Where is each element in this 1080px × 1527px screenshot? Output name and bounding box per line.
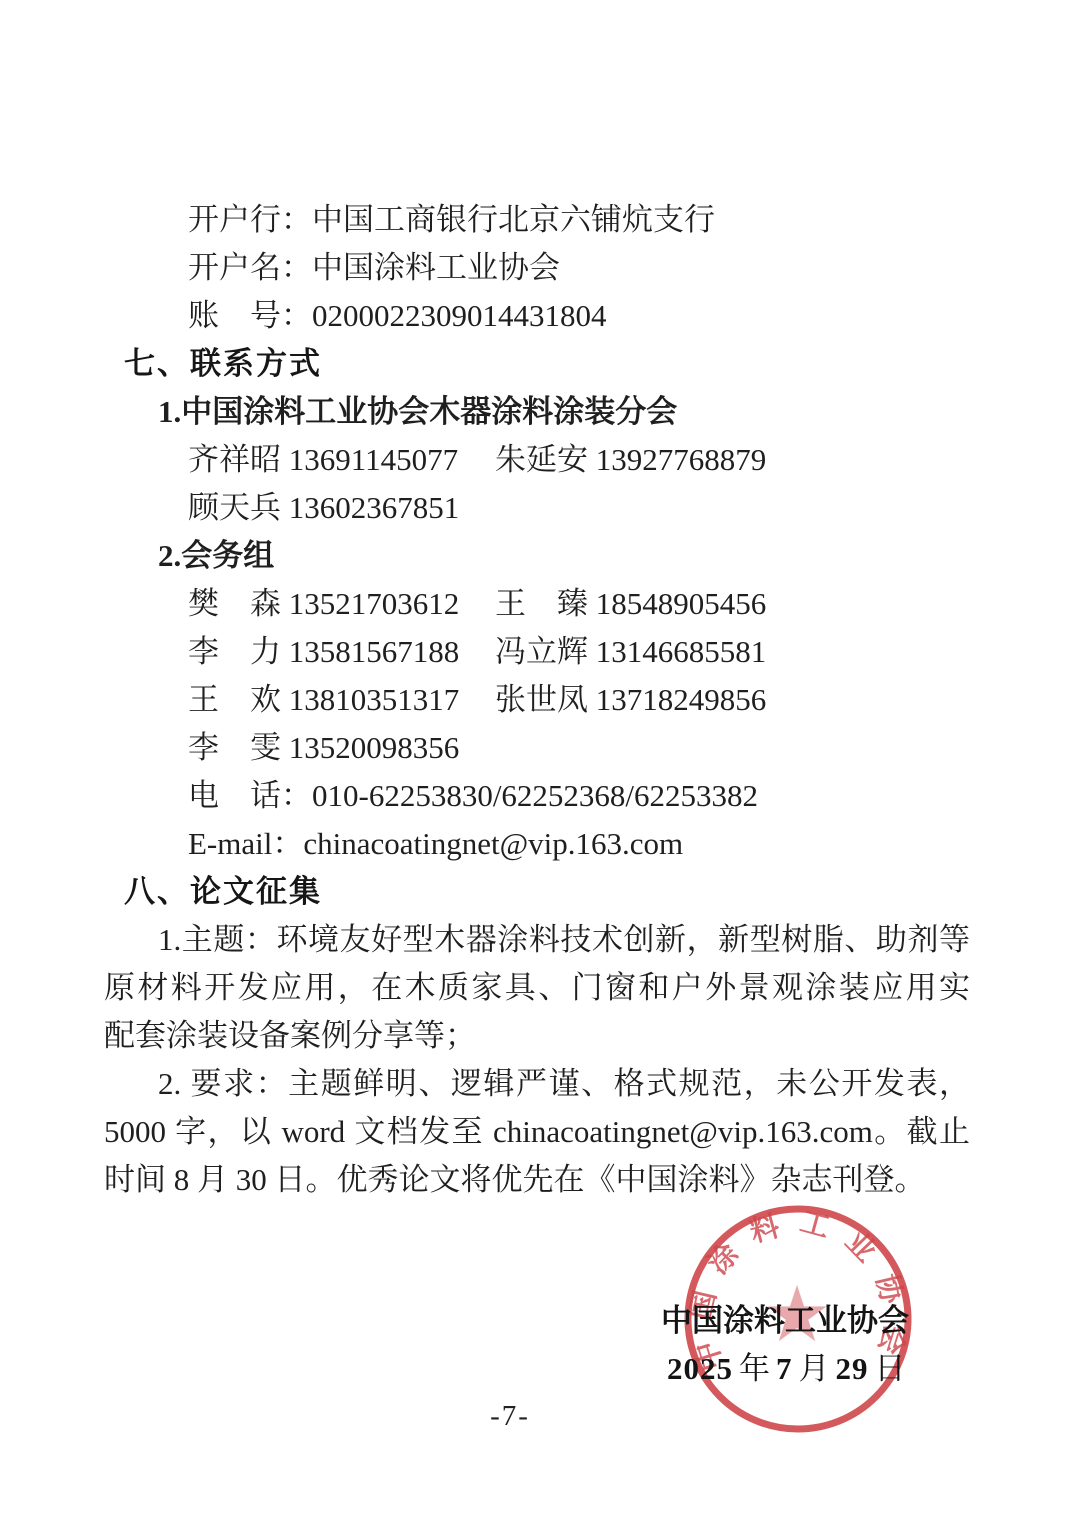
para1-line2: 原材料开发应用，在木质家具、门窗和户外景观涂装应用实践， — [104, 964, 970, 1012]
document-page: 开户行：中国工商银行北京六铺炕支行 开户名：中国涂料工业协会 账 号：02000… — [0, 0, 1080, 1527]
bank-line: 开户行：中国工商银行北京六铺炕支行 — [188, 196, 1080, 244]
contact-left: 顾天兵 13602367851 — [188, 484, 495, 532]
signature-date-day-unit: 日 — [869, 1351, 912, 1386]
account-number-value: 0200022309014431804 — [312, 298, 607, 333]
contact-right: 张世凤 13718249856 — [495, 676, 766, 724]
contact-right: 王 臻 18548905456 — [495, 580, 766, 628]
signature-date-year-unit: 年 — [733, 1351, 776, 1386]
bank-label: 开户行： — [188, 202, 312, 237]
phone-label: 电 话： — [188, 778, 312, 813]
para1-line3: 配套涂装设备案例分享等； — [104, 1012, 1080, 1060]
contact-row: 王 欢 13810351317张世凤 13718249856 — [188, 676, 1080, 724]
phone-value: 010-62253830/62252368/62253382 — [312, 778, 758, 813]
para1-line1: 1.主题：环境友好型木器涂料技术创新，新型树脂、助剂等 — [158, 916, 970, 964]
contact-row: 李 雯 13520098356 — [188, 724, 1080, 772]
signature-date: 2025年7月29日 — [667, 1343, 912, 1388]
page-number: -7- — [455, 1400, 565, 1433]
account-number-label: 账 号： — [188, 298, 312, 333]
signature-organization: 中国涂料工业协会 — [661, 1295, 909, 1340]
contact-left: 樊 森 13521703612 — [188, 580, 495, 628]
contact-row: 顾天兵 13602367851 — [188, 484, 1080, 532]
email-label: E-mail： — [188, 826, 303, 861]
email-line: E-mail：chinacoatingnet@vip.163.com — [188, 820, 1080, 868]
section7-group2-title: 2.会务组 — [158, 532, 1080, 580]
page-content: 开户行：中国工商银行北京六铺炕支行 开户名：中国涂料工业协会 账 号：02000… — [0, 196, 1080, 1204]
account-name-value: 中国涂料工业协会 — [312, 250, 560, 285]
contact-left: 齐祥昭 13691145077 — [188, 436, 495, 484]
signature-date-day: 29 — [836, 1351, 869, 1386]
para2-line3: 时间 8 月 30 日。优秀论文将优先在《中国涂料》杂志刊登。 — [104, 1156, 1080, 1204]
phone-line: 电 话：010-62253830/62252368/62253382 — [188, 772, 1080, 820]
section7-heading: 七、联系方式 — [124, 340, 1080, 388]
para2-line2: 5000 字，以 word 文档发至 chinacoatingnet@vip.1… — [104, 1108, 970, 1156]
contact-right: 朱延安 13927768879 — [495, 436, 766, 484]
account-name-label: 开户名： — [188, 250, 312, 285]
signature-date-month-unit: 月 — [793, 1351, 836, 1386]
signature-date-month: 7 — [776, 1351, 793, 1386]
signature-date-year: 2025 — [667, 1351, 733, 1386]
bank-value: 中国工商银行北京六铺炕支行 — [312, 202, 715, 237]
contact-left: 王 欢 13810351317 — [188, 676, 495, 724]
para2-line1: 2. 要求：主题鲜明、逻辑严谨、格式规范，未公开发表，3000～ — [158, 1060, 970, 1108]
section8-heading: 八、论文征集 — [124, 868, 1080, 916]
account-number-line: 账 号：0200022309014431804 — [188, 292, 1080, 340]
contact-left: 李 雯 13520098356 — [188, 724, 495, 772]
contact-left: 李 力 13581567188 — [188, 628, 495, 676]
contact-right: 冯立辉 13146685581 — [495, 628, 766, 676]
contact-row: 樊 森 13521703612王 臻 18548905456 — [188, 580, 1080, 628]
account-name-line: 开户名：中国涂料工业协会 — [188, 244, 1080, 292]
contact-row: 李 力 13581567188冯立辉 13146685581 — [188, 628, 1080, 676]
contact-row: 齐祥昭 13691145077朱延安 13927768879 — [188, 436, 1080, 484]
email-value: chinacoatingnet@vip.163.com — [303, 826, 683, 861]
section7-group1-title: 1.中国涂料工业协会木器涂料涂装分会 — [158, 388, 1080, 436]
